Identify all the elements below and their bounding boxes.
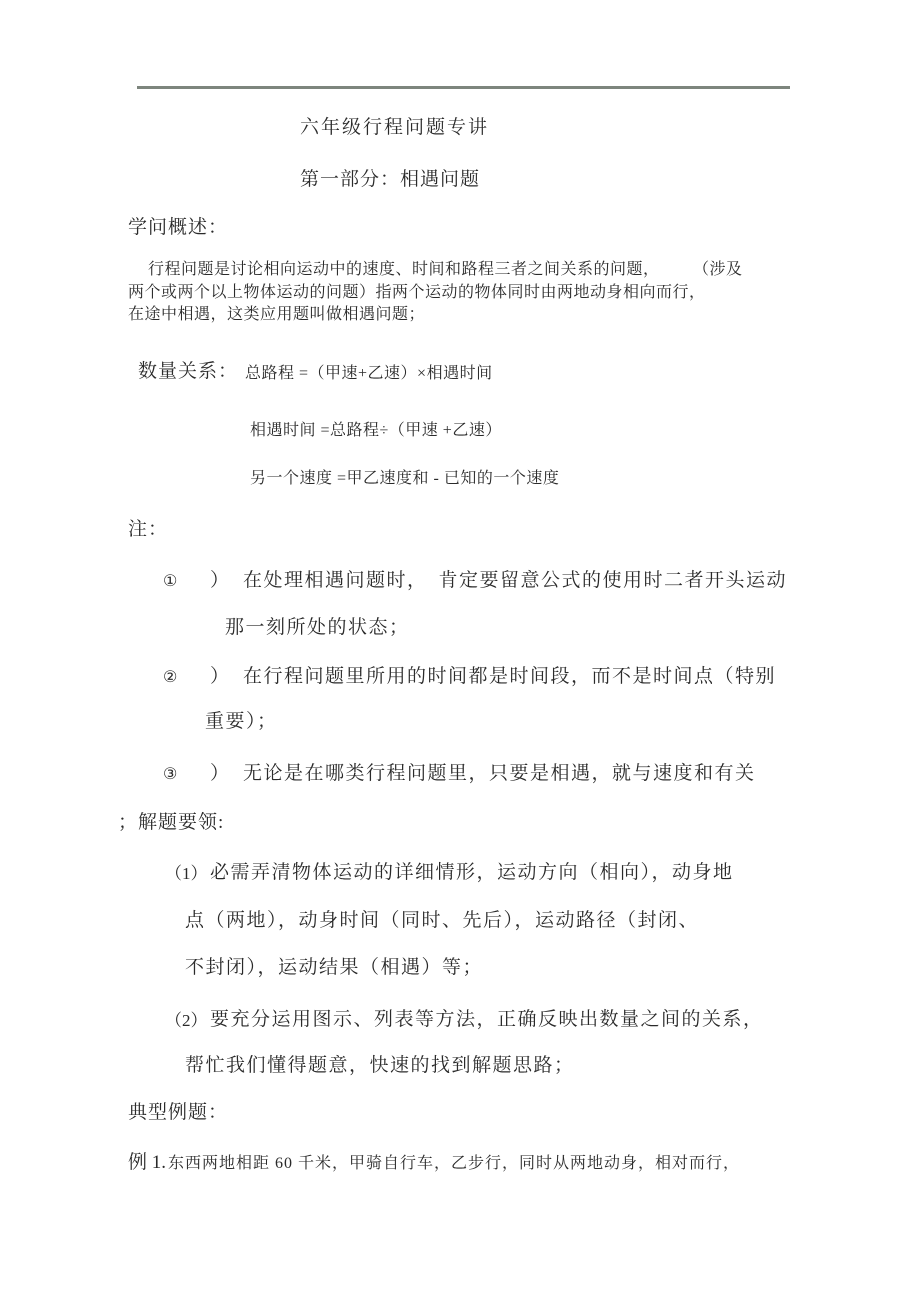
note-item-2-continuation: 重要）； <box>205 711 278 733</box>
relation-formula-other-speed: 另一个速度 =甲乙速度和 - 已知的一个速度 <box>250 470 559 488</box>
key-point-1-marker: （1） <box>165 862 210 884</box>
key-point-1-continuation: 不封闭），运动结果（相遇）等； <box>185 957 483 979</box>
note-item-3-bracket: ） <box>210 763 243 785</box>
note-item-1-bracket: ） <box>210 570 243 592</box>
document-page: 六年级行程问题专讲 第一部分：相遇问题 学问概述： 行程问题是讨论相向运动中的速… <box>0 0 920 1303</box>
top-divider-rule <box>137 86 790 89</box>
key-point-1-continuation: 点（两地），动身时间（同时、先后），运动路径（封闭、 <box>185 910 699 932</box>
note-item-2-text: 在行程问题里所用的时间都是时间段，而不是时间点（特别 <box>243 666 776 688</box>
note-item-2: ② ） 在行程问题里所用的时间都是时间段，而不是时间点（特别 <box>163 666 776 688</box>
part-heading: 第一部分：相遇问题 <box>300 169 480 191</box>
overview-heading: 学问概述： <box>128 217 228 239</box>
key-point-2-text: 要充分运用图示、列表等方法，正确反映出数量之间的关系， <box>210 1009 764 1031</box>
relation-formula-total-distance: 总路程 =（甲速+乙速）×相遇时间 <box>245 365 493 383</box>
solution-essentials-heading: ；解题要领: <box>118 812 224 834</box>
note-item-3-text: 无论是在哪类行程问题里，只要是相遇，就与速度和有关 <box>243 763 756 785</box>
key-point-1-text: 必需弄清物体运动的详细情形，运动方向（相向），动身地 <box>210 862 734 884</box>
quantity-relations-label: 数量关系： <box>138 361 238 383</box>
note-item-1: ① ） 在处理相遇问题时， 肯定要留意公式的使用时二者开头运动 <box>163 570 787 592</box>
note-item-2-marker: ② <box>163 666 210 687</box>
key-point-2: （2） 要充分运用图示、列表等方法，正确反映出数量之间的关系， <box>165 1009 764 1031</box>
key-point-2-marker: （2） <box>165 1009 210 1031</box>
relation-formula-meeting-time: 相遇时间 =总路程÷（甲速 +乙速） <box>250 422 502 440</box>
key-point-1: （1） 必需弄清物体运动的详细情形，运动方向（相向），动身地 <box>165 862 734 884</box>
key-point-2-continuation: 帮忙我们懂得题意，快速的找到解题思路； <box>185 1055 575 1077</box>
note-item-1-marker: ① <box>163 570 210 591</box>
notes-heading: 注： <box>128 519 168 541</box>
typical-examples-heading: 典型例题： <box>128 1102 228 1124</box>
example-1: 例 1. 东西两地相距 60 千米，甲骑自行车，乙步行，同时从两地动身，相对而行… <box>128 1152 740 1174</box>
document-title: 六年级行程问题专讲 <box>300 117 489 139</box>
overview-paragraph-line: 行程问题是讨论相向运动中的速度、时间和路程三者之间关系的问题， （涉及 <box>148 261 743 279</box>
note-item-2-bracket: ） <box>210 666 243 688</box>
note-item-1-continuation: 那一刻所处的状态； <box>225 617 410 639</box>
overview-paragraph-line: 两个或两个以上物体运动的问题）指两个运动的物体同时由两地动身相向而行， <box>128 284 706 302</box>
example-1-text: 东西两地相距 60 千米，甲骑自行车，乙步行，同时从两地动身，相对而行， <box>168 1155 740 1173</box>
note-item-1-text: 在处理相遇问题时， 肯定要留意公式的使用时二者开头运动 <box>243 570 787 592</box>
example-1-label: 例 1. <box>128 1152 166 1174</box>
overview-paragraph-line: 在途中相遇，这类应用题叫做相遇问题； <box>128 306 425 324</box>
note-item-3: ③ ） 无论是在哪类行程问题里，只要是相遇，就与速度和有关 <box>163 763 756 785</box>
note-item-3-marker: ③ <box>163 763 210 784</box>
